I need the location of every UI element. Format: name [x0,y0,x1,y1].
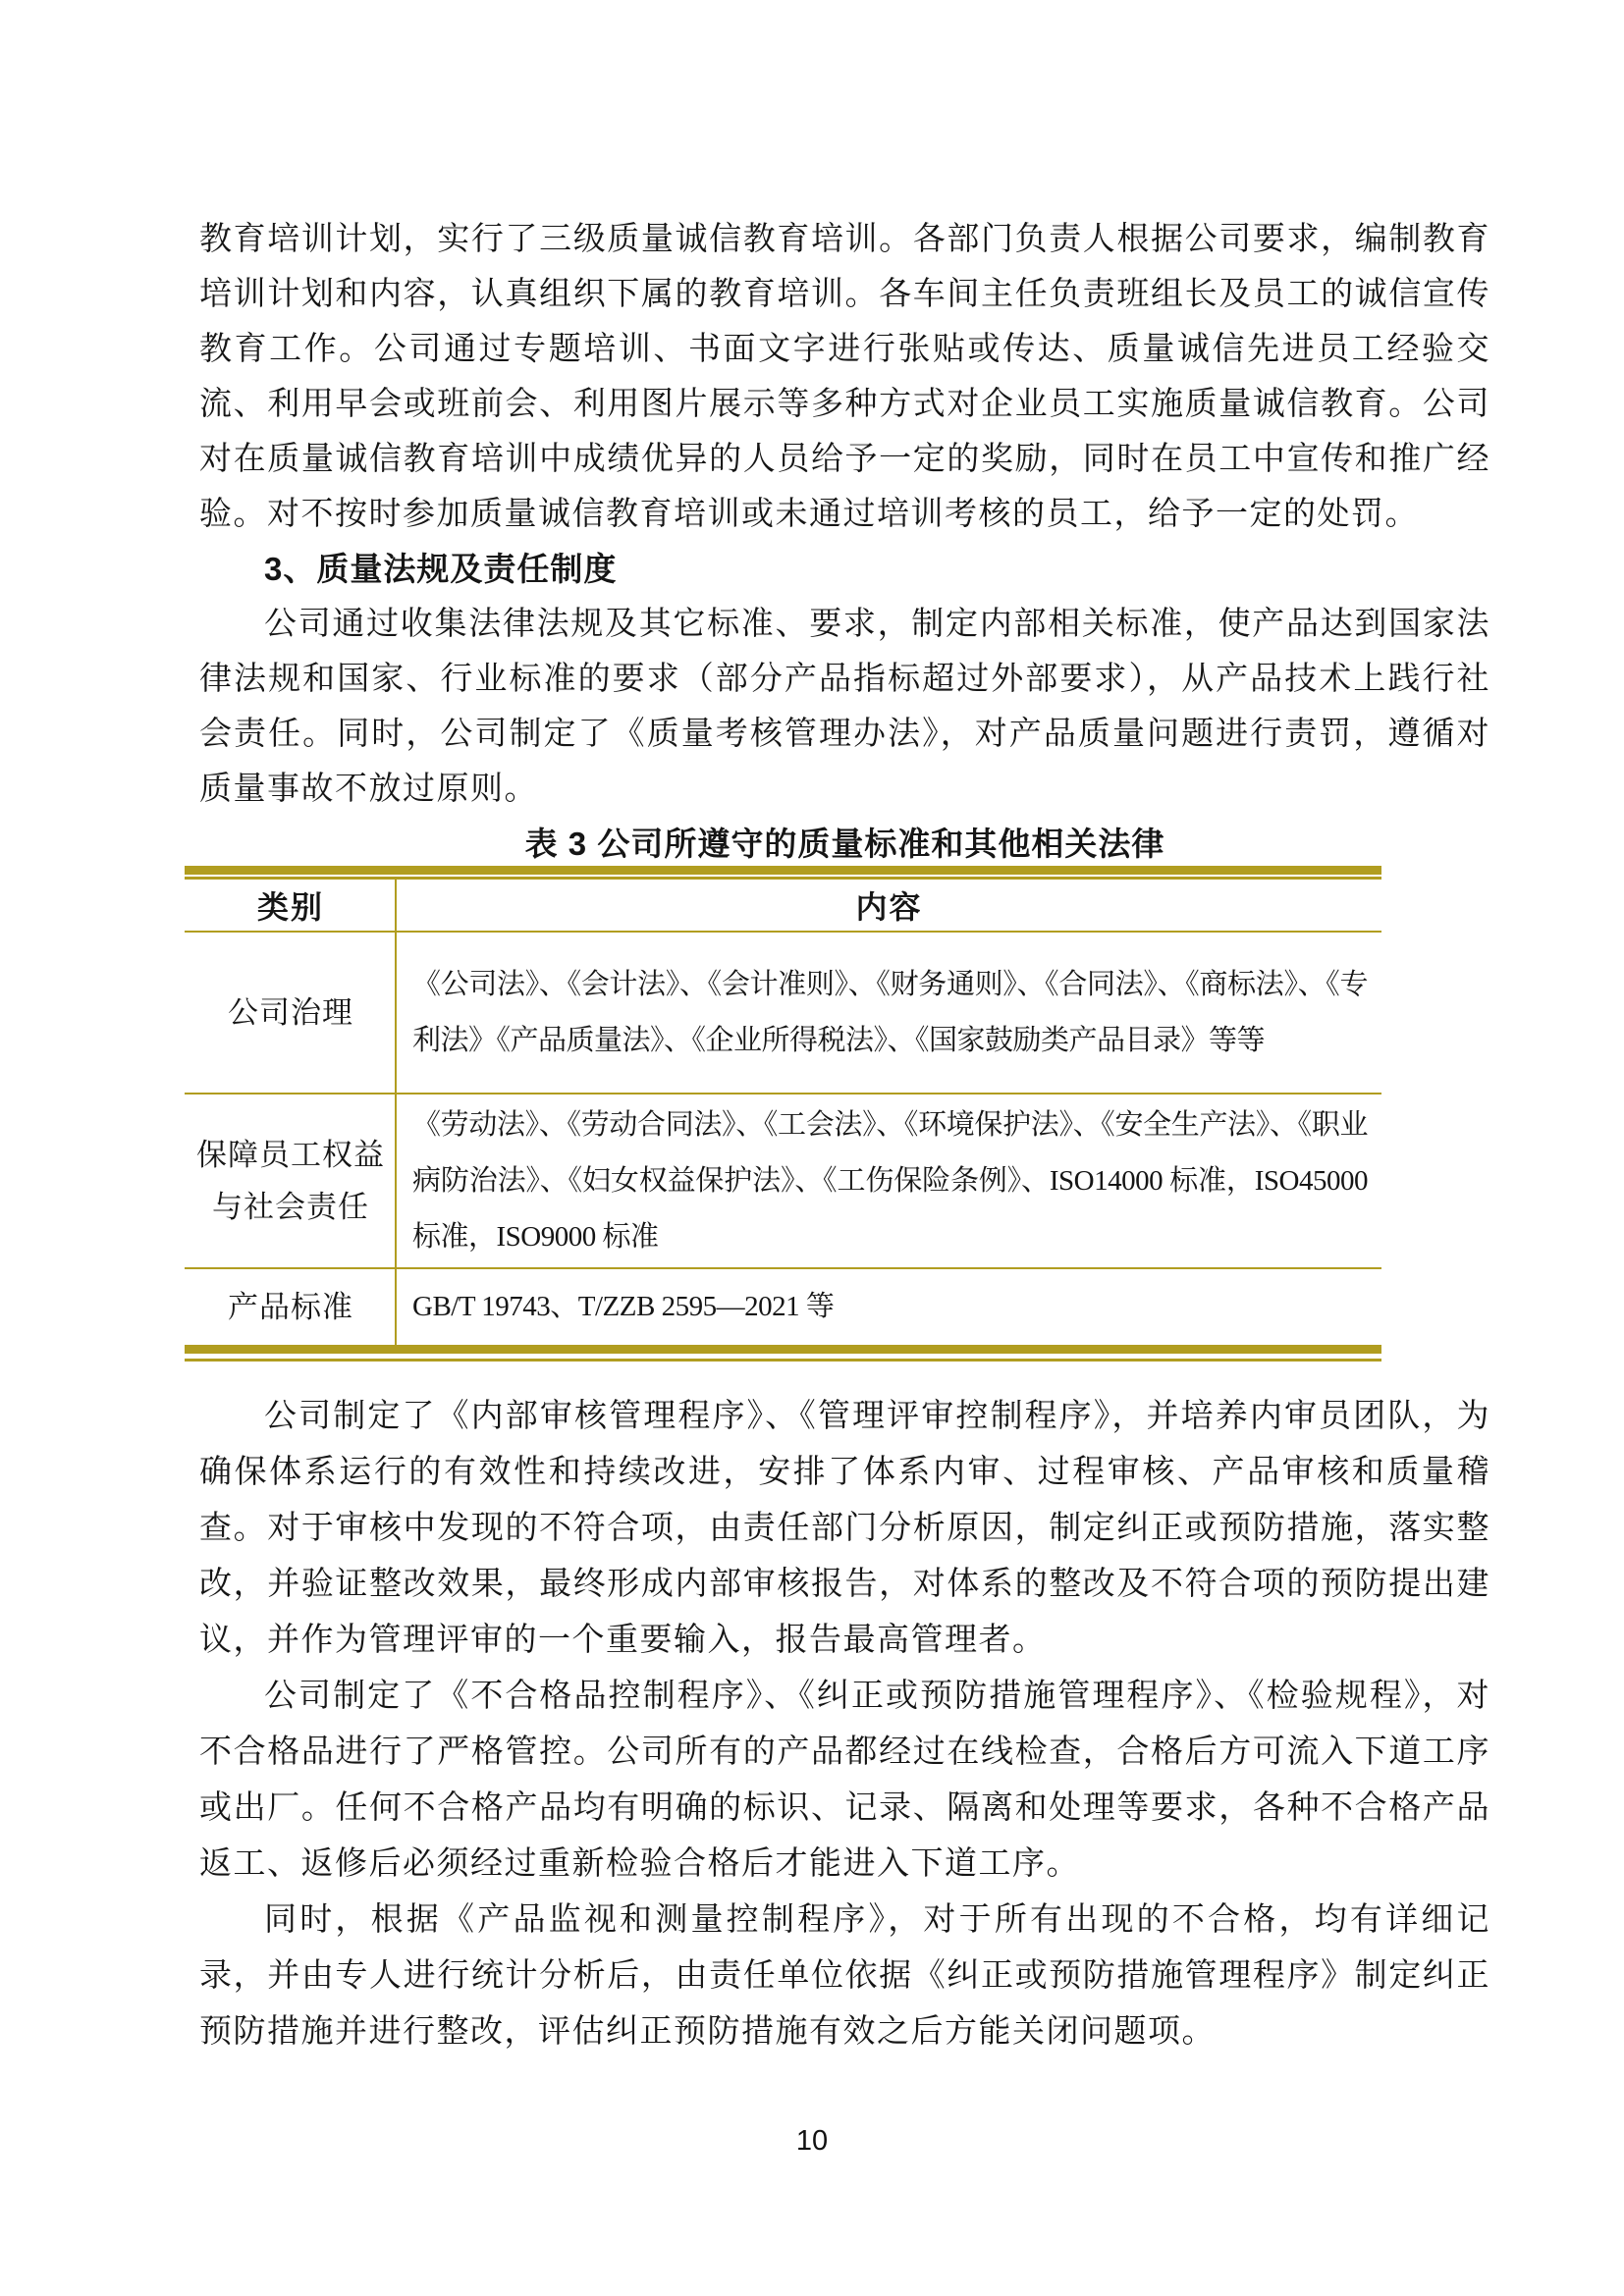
paragraph-corrective-actions: 同时，根据《产品监视和测量控制程序》，对于所有出现的不合格，均有详细记录，并由专… [199,1893,1490,2060]
row-content: GB/T 19743、T/ZZB 2595—2021 等 [397,1269,1381,1345]
paragraph-quality-education: 教育培训计划，实行了三级质量诚信教育培训。各部门负责人根据公司要求，编制教育培训… [199,212,1490,542]
document-page: 教育培训计划，实行了三级质量诚信教育培训。各部门负责人根据公司要求，编制教育培训… [0,0,1624,2296]
table-column-divider [395,880,397,1345]
row-category: 公司治理 [185,933,397,1093]
upper-text-block: 教育培训计划，实行了三级质量诚信教育培训。各部门负责人根据公司要求，编制教育培训… [199,212,1490,872]
quality-standards-table: 类别 内容 公司治理 《公司法》、《会计法》、《会计准则》、《财务通则》、《合同… [185,866,1381,1362]
table-row: 产品标准 GB/T 19743、T/ZZB 2595—2021 等 [185,1269,1381,1345]
paragraph-internal-audit: 公司制定了《内部审核管理程序》、《管理评审控制程序》，并培养内审员团队，为确保体… [199,1389,1490,1669]
row-content: 《劳动法》、《劳动合同法》、《工会法》、《环境保护法》、《安全生产法》、《职业病… [397,1095,1381,1267]
section-heading-quality-regulations: 3、质量法规及责任制度 [199,542,1490,597]
row-content-text: 《公司法》、《会计法》、《会计准则》、《财务通则》、《合同法》、《商标法》、《专… [412,957,1368,1069]
table-row: 保障员工权益与社会责任 《劳动法》、《劳动合同法》、《工会法》、《环境保护法》、… [185,1095,1381,1269]
table-row: 公司治理 《公司法》、《会计法》、《会计准则》、《财务通则》、《合同法》、《商标… [185,933,1381,1095]
row-content-text: GB/T 19743、T/ZZB 2595—2021 等 [412,1279,1368,1335]
table-grid: 类别 内容 公司治理 《公司法》、《会计法》、《会计准则》、《财务通则》、《合同… [185,880,1381,1345]
row-category: 产品标准 [185,1269,397,1345]
table-bottom-thick-rule [185,1345,1381,1354]
table-caption: 表 3 公司所遵守的质量标准和其他相关法律 [199,817,1490,872]
row-content-text: 《劳动法》、《劳动合同法》、《工会法》、《环境保护法》、《安全生产法》、《职业病… [412,1097,1368,1265]
paragraph-nonconforming-control: 公司制定了《不合格品控制程序》、《纠正或预防措施管理程序》、《检验规程》，对不合… [199,1669,1490,1893]
lower-text-block: 公司制定了《内部审核管理程序》、《管理评审控制程序》，并培养内审员团队，为确保体… [199,1389,1490,2060]
table-top-thick-rule [185,866,1381,875]
paragraph-laws-standards: 公司通过收集法律法规及其它标准、要求，制定内部相关标准，使产品达到国家法律法规和… [199,597,1490,817]
row-category: 保障员工权益与社会责任 [185,1095,397,1267]
header-category: 类别 [185,880,397,931]
table-header-row: 类别 内容 [185,880,1381,933]
page-number: 10 [0,2125,1624,2158]
row-content: 《公司法》、《会计法》、《会计准则》、《财务通则》、《合同法》、《商标法》、《专… [397,933,1381,1093]
table-bottom-thin-rule [185,1359,1381,1362]
header-content: 内容 [397,880,1381,931]
